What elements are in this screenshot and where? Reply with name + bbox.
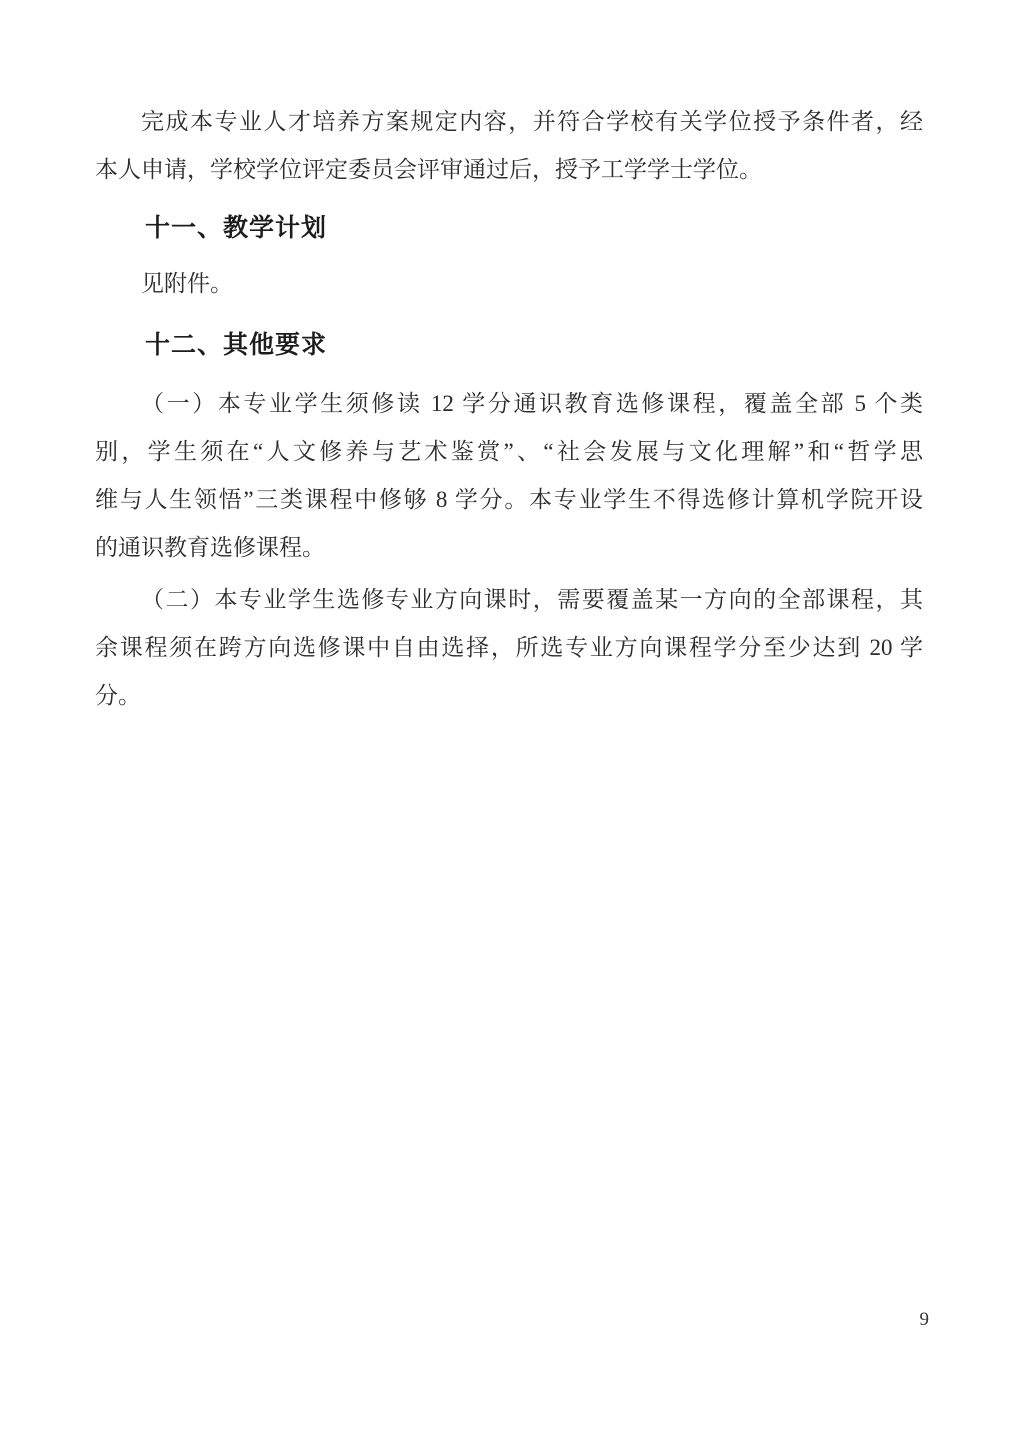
text-line: 余课程须在跨方向选修课中自由选择，所选专业方向课程学分至少达到 20 学 bbox=[95, 624, 923, 672]
paragraph-degree-award: 完成本专业人才培养方案规定内容，并符合学校有关学位授予条件者，经 本人申请，学校… bbox=[95, 98, 923, 194]
text-line: 的通识教育选修课程。 bbox=[95, 524, 923, 572]
text-line: （一）本专业学生须修读 12 学分通识教育选修课程，覆盖全部 5 个类 bbox=[95, 380, 923, 428]
page-number: 9 bbox=[823, 1306, 929, 1334]
heading-section-11-teaching-plan: 十一、教学计划 bbox=[95, 204, 923, 252]
document-body: 完成本专业人才培养方案规定内容，并符合学校有关学位授予条件者，经 本人申请，学校… bbox=[95, 0, 923, 720]
text-line: 分。 bbox=[95, 672, 923, 720]
paragraph-requirement-1: （一）本专业学生须修读 12 学分通识教育选修课程，覆盖全部 5 个类 别，学生… bbox=[95, 380, 923, 572]
text-line: 维与人生领悟”三类课程中修够 8 学分。本专业学生不得选修计算机学院开设 bbox=[95, 476, 923, 524]
text-line: 本人申请，学校学位评定委员会评审通过后，授予工学学士学位。 bbox=[95, 146, 923, 194]
paragraph-requirement-2: （二）本专业学生选修专业方向课时，需要覆盖某一方向的全部课程，其 余课程须在跨方… bbox=[95, 576, 923, 720]
text-line: 见附件。 bbox=[95, 260, 923, 308]
text-line: 完成本专业人才培养方案规定内容，并符合学校有关学位授予条件者，经 bbox=[95, 98, 923, 146]
heading-section-12-other-requirements: 十二、其他要求 bbox=[95, 321, 923, 369]
text-line: （二）本专业学生选修专业方向课时，需要覆盖某一方向的全部课程，其 bbox=[95, 576, 923, 624]
text-line: 别，学生须在“人文修养与艺术鉴赏”、“社会发展与文化理解”和“哲学思 bbox=[95, 428, 923, 476]
document-page: 完成本专业人才培养方案规定内容，并符合学校有关学位授予条件者，经 本人申请，学校… bbox=[0, 0, 1024, 1448]
paragraph-see-attachment: 见附件。 bbox=[95, 260, 923, 308]
